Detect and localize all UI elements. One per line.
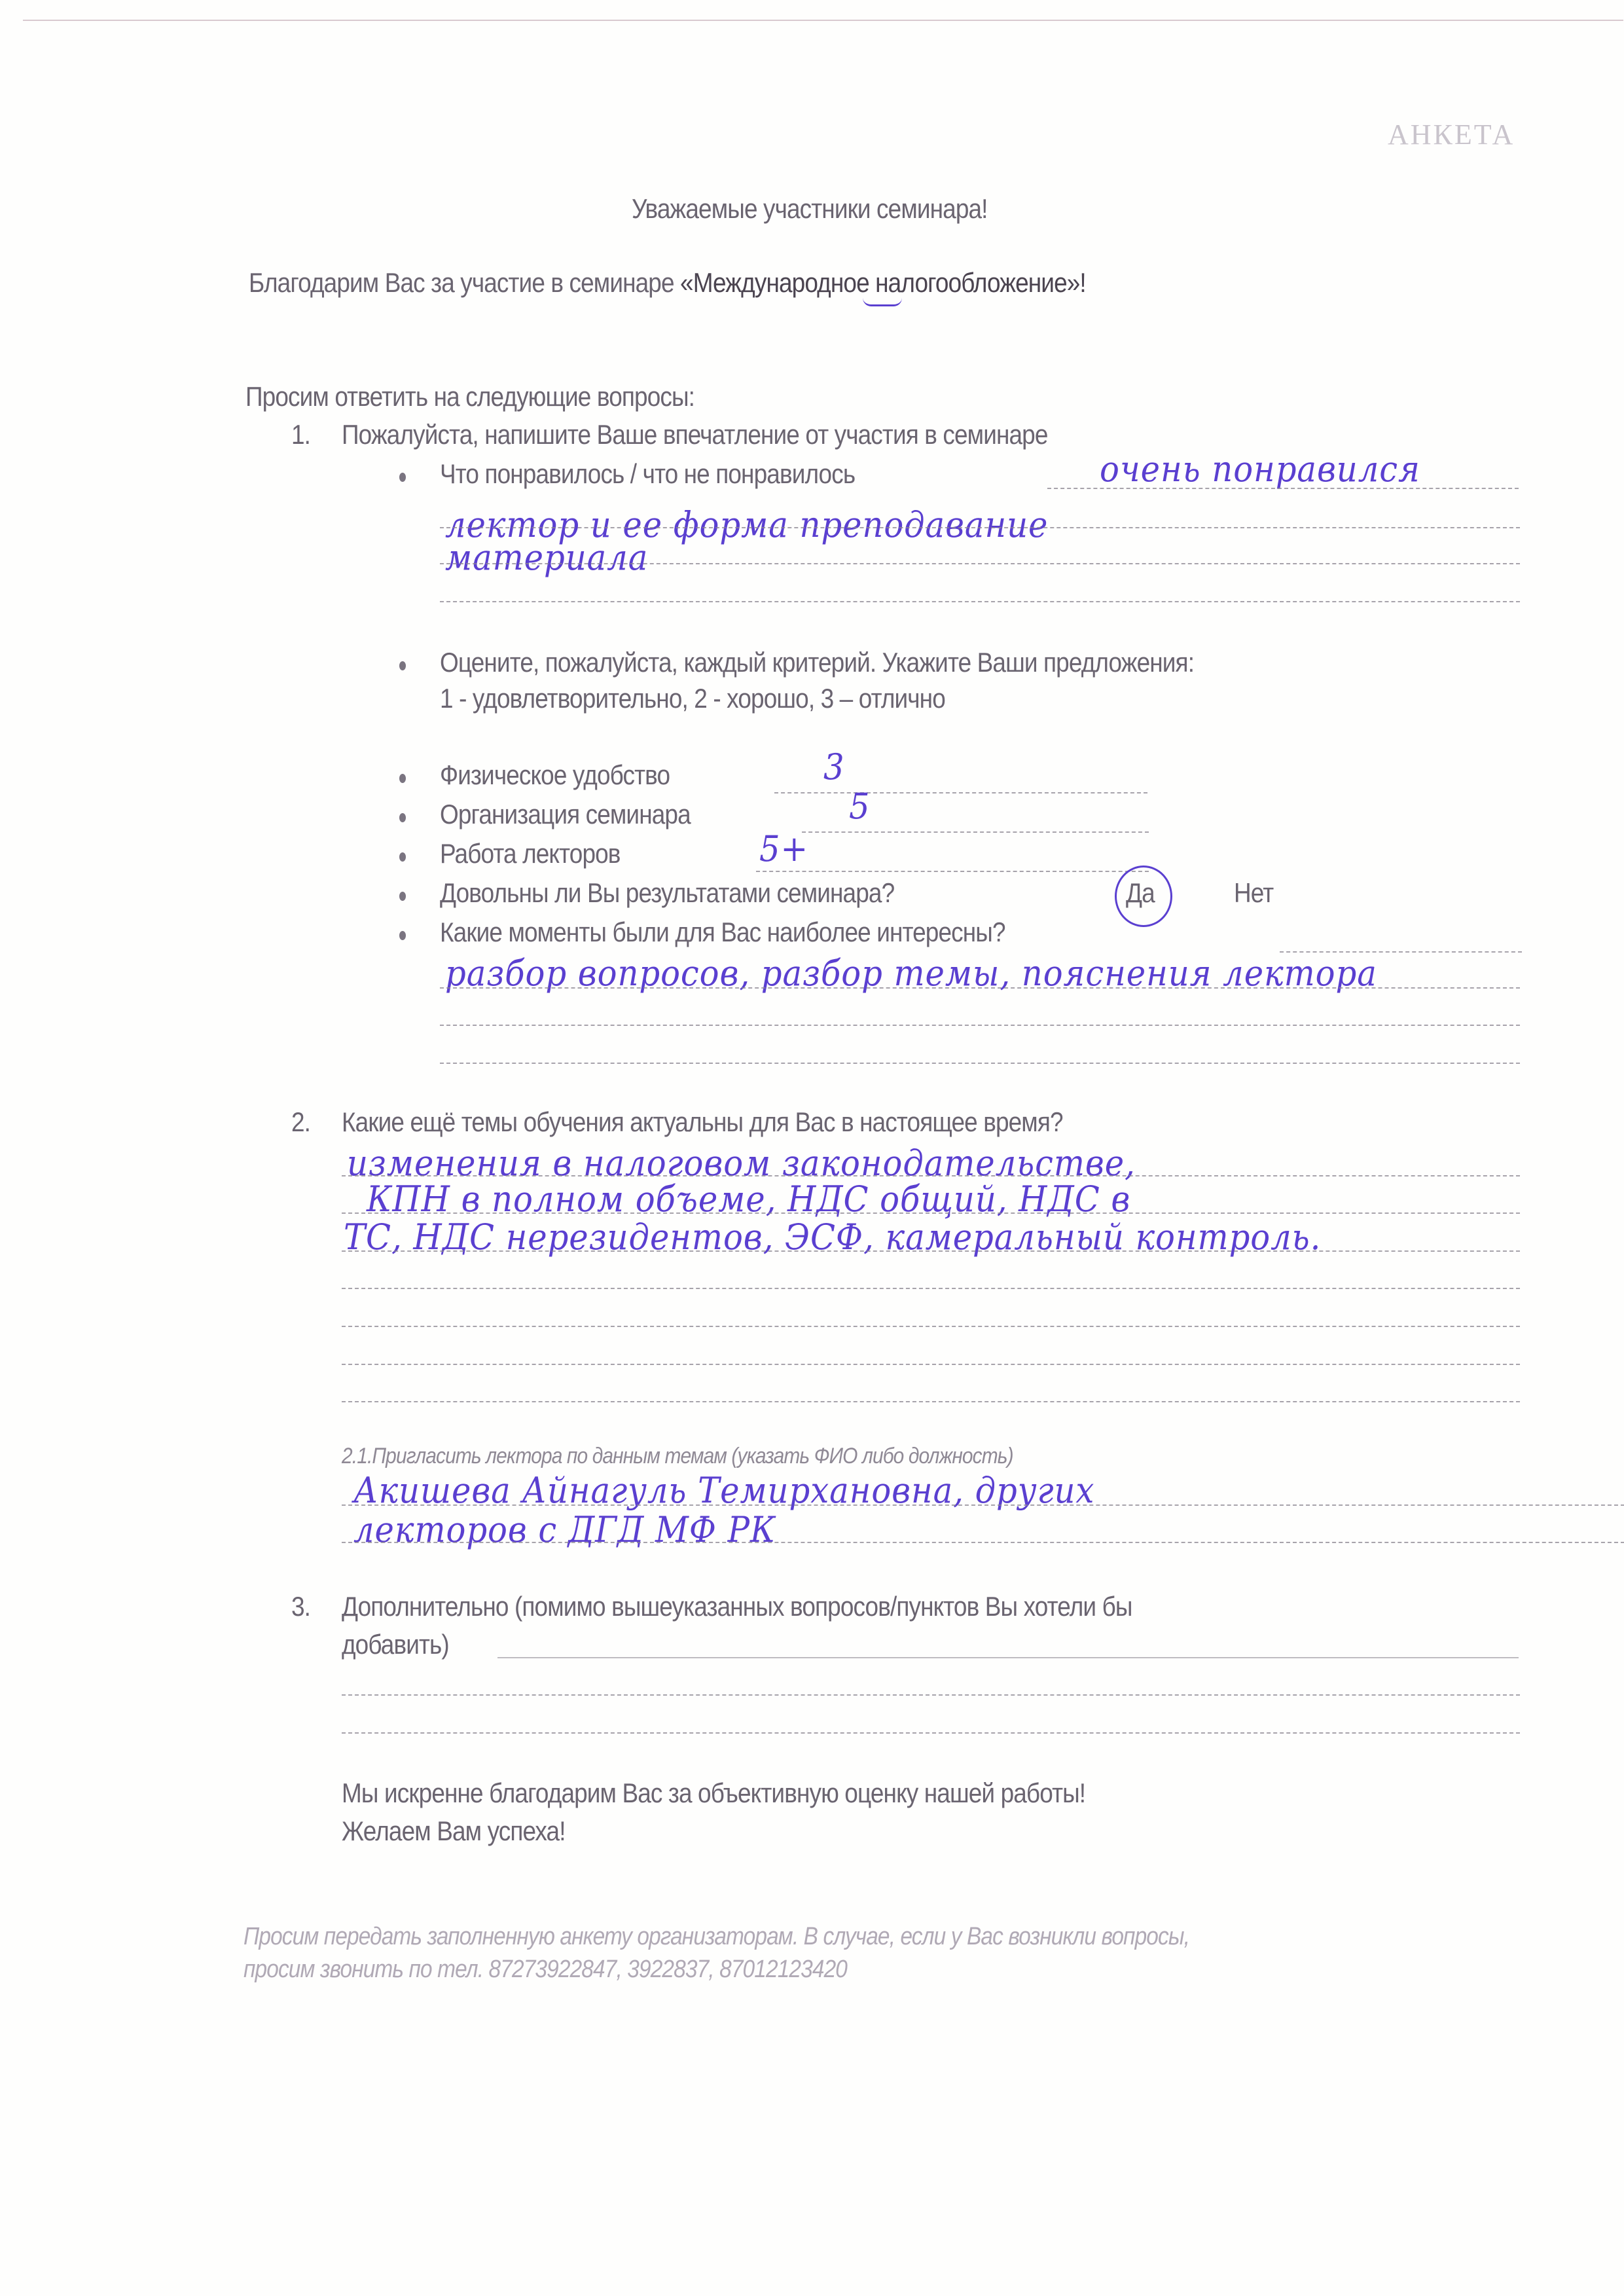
answer-rule [440,1063,1520,1064]
answer-rule [342,1212,1520,1214]
closing-line-2: Желаем Вам успеха! [342,1815,566,1847]
criterion-value-physical[interactable]: 3 [823,746,845,788]
answer-rule [440,987,1520,989]
bullet-icon [399,852,406,862]
answer-rule [774,792,1147,793]
rating-scale: 1 - удовлетворительно, 2 - хорошо, 3 – о… [440,683,945,714]
q2-number: 2. [291,1106,310,1138]
bullet-icon [399,813,406,822]
instruction: Просим ответить на следующие вопросы: [245,381,695,412]
answer-rule [440,563,1520,564]
handwritten-underline-mark [863,298,902,306]
answer-rule [440,601,1520,602]
selected-circle-yes [1115,866,1172,927]
criterion-label-organization: Организация семинара [440,799,691,830]
greeting: Уважаемые участники семинара! [632,193,988,225]
seminar-name: «Международное налогообложение»! [680,267,1086,298]
q2-text: Какие ещё темы обучения актуальны для Ва… [342,1106,1063,1138]
answer-rule [440,527,1520,528]
q1-text: Пожалуйста, напишите Ваше впечатление от… [342,419,1048,450]
answer-rule [802,831,1149,833]
bullet-icon [399,892,406,901]
option-no[interactable]: Нет [1234,877,1273,909]
answer-rule [1047,488,1519,489]
bullet-icon [399,473,406,482]
liked-answer-line-1[interactable]: очень понравился [1100,448,1420,490]
q3-number: 3. [291,1591,310,1622]
answer-rule[interactable] [342,1694,1520,1696]
bullet-icon [399,931,406,940]
form-title: АНКЕТА [1388,118,1515,151]
bullet-icon [399,774,406,783]
liked-label: Что понравилось / что не понравилось [440,458,855,490]
answer-rule[interactable] [342,1732,1520,1734]
answer-rule [342,1288,1520,1289]
q2-sub-answer-line-2[interactable]: лекторов с ДГД МФ РК [353,1509,776,1550]
bullet-icon [399,661,406,670]
rating-instruction: Оцените, пожалуйста, каждый критерий. Ук… [440,647,1194,678]
q2-sub-text: 2.1.Пригласить лектора по данным темам (… [342,1444,1013,1469]
answer-rule[interactable] [497,1657,1519,1658]
satisfied-label: Довольны ли Вы результатами семинара? [440,877,894,909]
thanks-line: Благодарим Вас за участие в семинаре «Ме… [249,267,1086,299]
q1-number: 1. [291,419,310,450]
q2-answer-line-1[interactable]: изменения в налоговом законодательстве, [347,1142,1136,1184]
answer-rule [342,1175,1520,1176]
liked-answer-line-3[interactable]: материала [445,537,648,578]
answer-rule [342,1401,1520,1402]
answer-rule [342,1326,1520,1327]
answer-rule [342,1364,1520,1365]
answer-rule [342,1250,1520,1252]
answer-rule [342,1542,1624,1543]
interesting-label: Какие моменты были для Вас наиболее инте… [440,917,1005,948]
answer-rule [440,1025,1520,1026]
answer-rule [756,871,1149,872]
criterion-value-lecturers[interactable]: 5+ [759,828,808,869]
criterion-label-physical: Физическое удобство [440,759,670,791]
footer-line-1: Просим передать заполненную анкету орган… [244,1923,1189,1951]
q3-text-line-1: Дополнительно (помимо вышеуказанных вопр… [342,1591,1132,1622]
criterion-value-organization[interactable]: 5 [849,786,871,827]
criterion-label-lecturers: Работа лекторов [440,838,621,869]
closing-line-1: Мы искренне благодарим Вас за объективну… [342,1777,1085,1809]
page-top-edge [23,20,1623,21]
answer-rule [342,1504,1624,1506]
q3-text-line-2: добавить) [342,1629,449,1660]
footer-line-2: просим звонить по тел. 87273922847, 3922… [244,1956,847,1984]
thanks-prefix: Благодарим Вас за участие в семинаре [249,267,680,298]
